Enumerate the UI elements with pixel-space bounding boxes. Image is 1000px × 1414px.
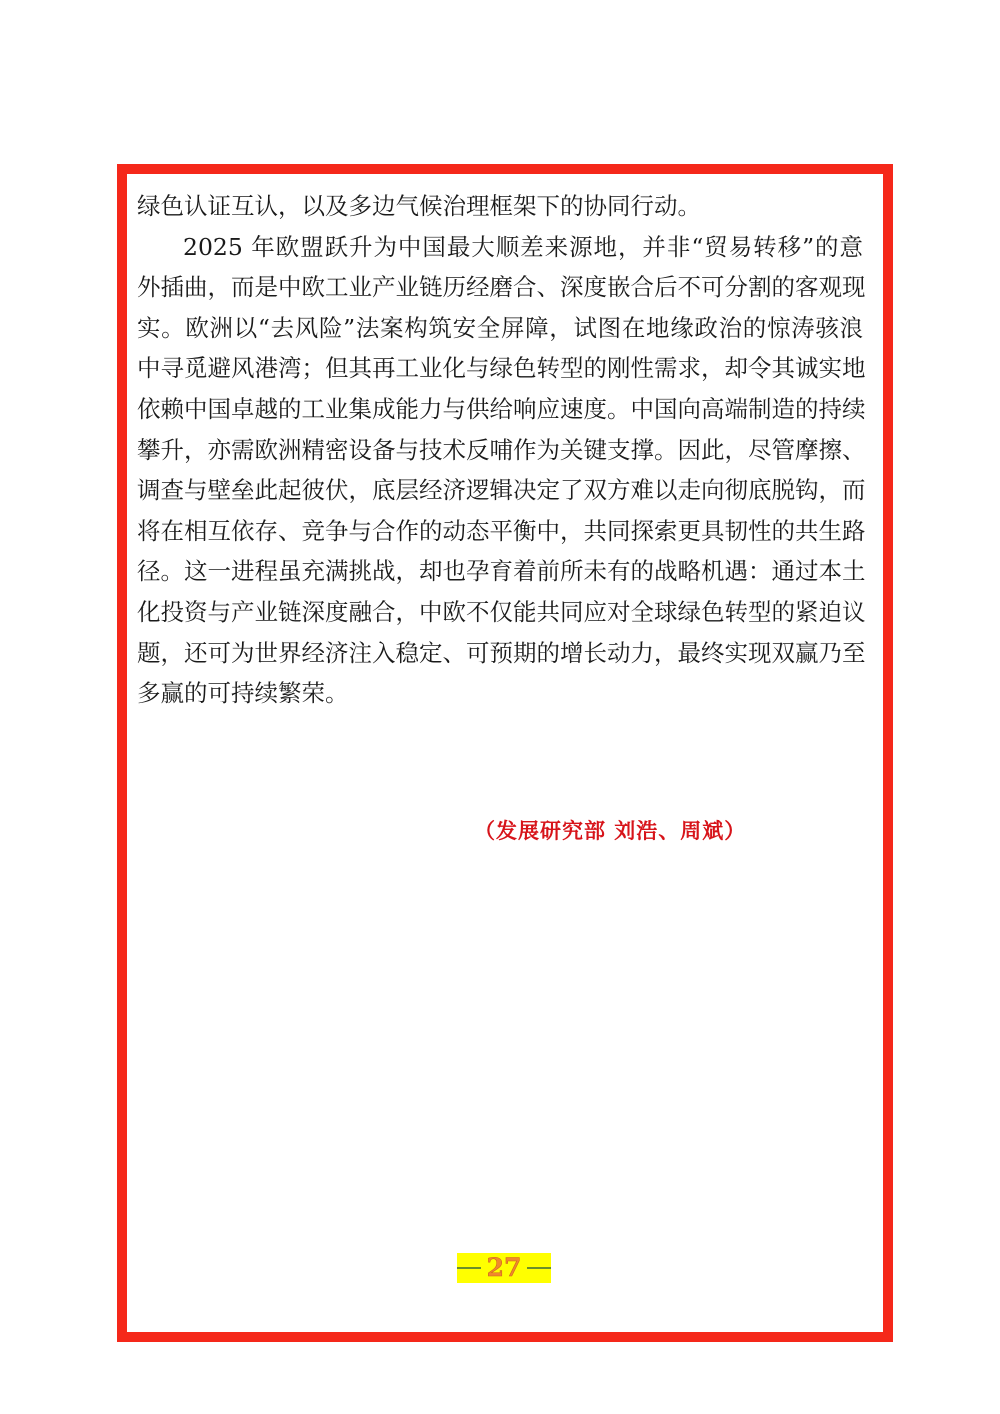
text-line: 依赖中国卓越的工业集成能力与供给响应速度。中国向高端制造的持续 — [137, 389, 863, 430]
article-body: 绿色认证互认，以及多边气候治理框架下的协同行动。 2025 年欧盟跃升为中国最大… — [137, 186, 863, 714]
right-dash-decoration — [527, 1267, 551, 1269]
text-line: 题，还可为世界经济注入稳定、可预期的增长动力，最终实现双赢乃至 — [137, 633, 863, 674]
text-line: 径。这一进程虽充满挑战，却也孕育着前所未有的战略机遇：通过本土 — [137, 551, 863, 592]
text-line: 化投资与产业链深度融合，中欧不仅能共同应对全球绿色转型的紧迫议 — [137, 592, 863, 633]
text-line: 多赢的可持续繁荣。 — [137, 673, 863, 714]
text-line: 中寻觅避风港湾；但其再工业化与绿色转型的刚性需求，却令其诚实地 — [137, 348, 863, 389]
page-number-badge: 27 — [457, 1253, 551, 1283]
text-line: 绿色认证互认，以及多边气候治理框架下的协同行动。 — [137, 186, 863, 227]
paragraph-start-line: 2025 年欧盟跃升为中国最大顺差来源地，并非“贸易转移”的意 — [137, 227, 863, 268]
page-number: 27 — [487, 1253, 522, 1283]
left-dash-decoration — [457, 1267, 481, 1269]
author-signature: （发展研究部 刘浩、周斌） — [474, 815, 746, 845]
text-line: 将在相互依存、竞争与合作的动态平衡中，共同探索更具韧性的共生路 — [137, 511, 863, 552]
text-line: 外插曲，而是中欧工业产业链历经磨合、深度嵌合后不可分割的客观现 — [137, 267, 863, 308]
text-line: 调查与壁垒此起彼伏，底层经济逻辑决定了双方难以走向彻底脱钩，而 — [137, 470, 863, 511]
text-line: 实。欧洲以“去风险”法案构筑安全屏障，试图在地缘政治的惊涛骇浪 — [137, 308, 863, 349]
text-line: 攀升，亦需欧洲精密设备与技术反哺作为关键支撑。因此，尽管摩擦、 — [137, 430, 863, 471]
